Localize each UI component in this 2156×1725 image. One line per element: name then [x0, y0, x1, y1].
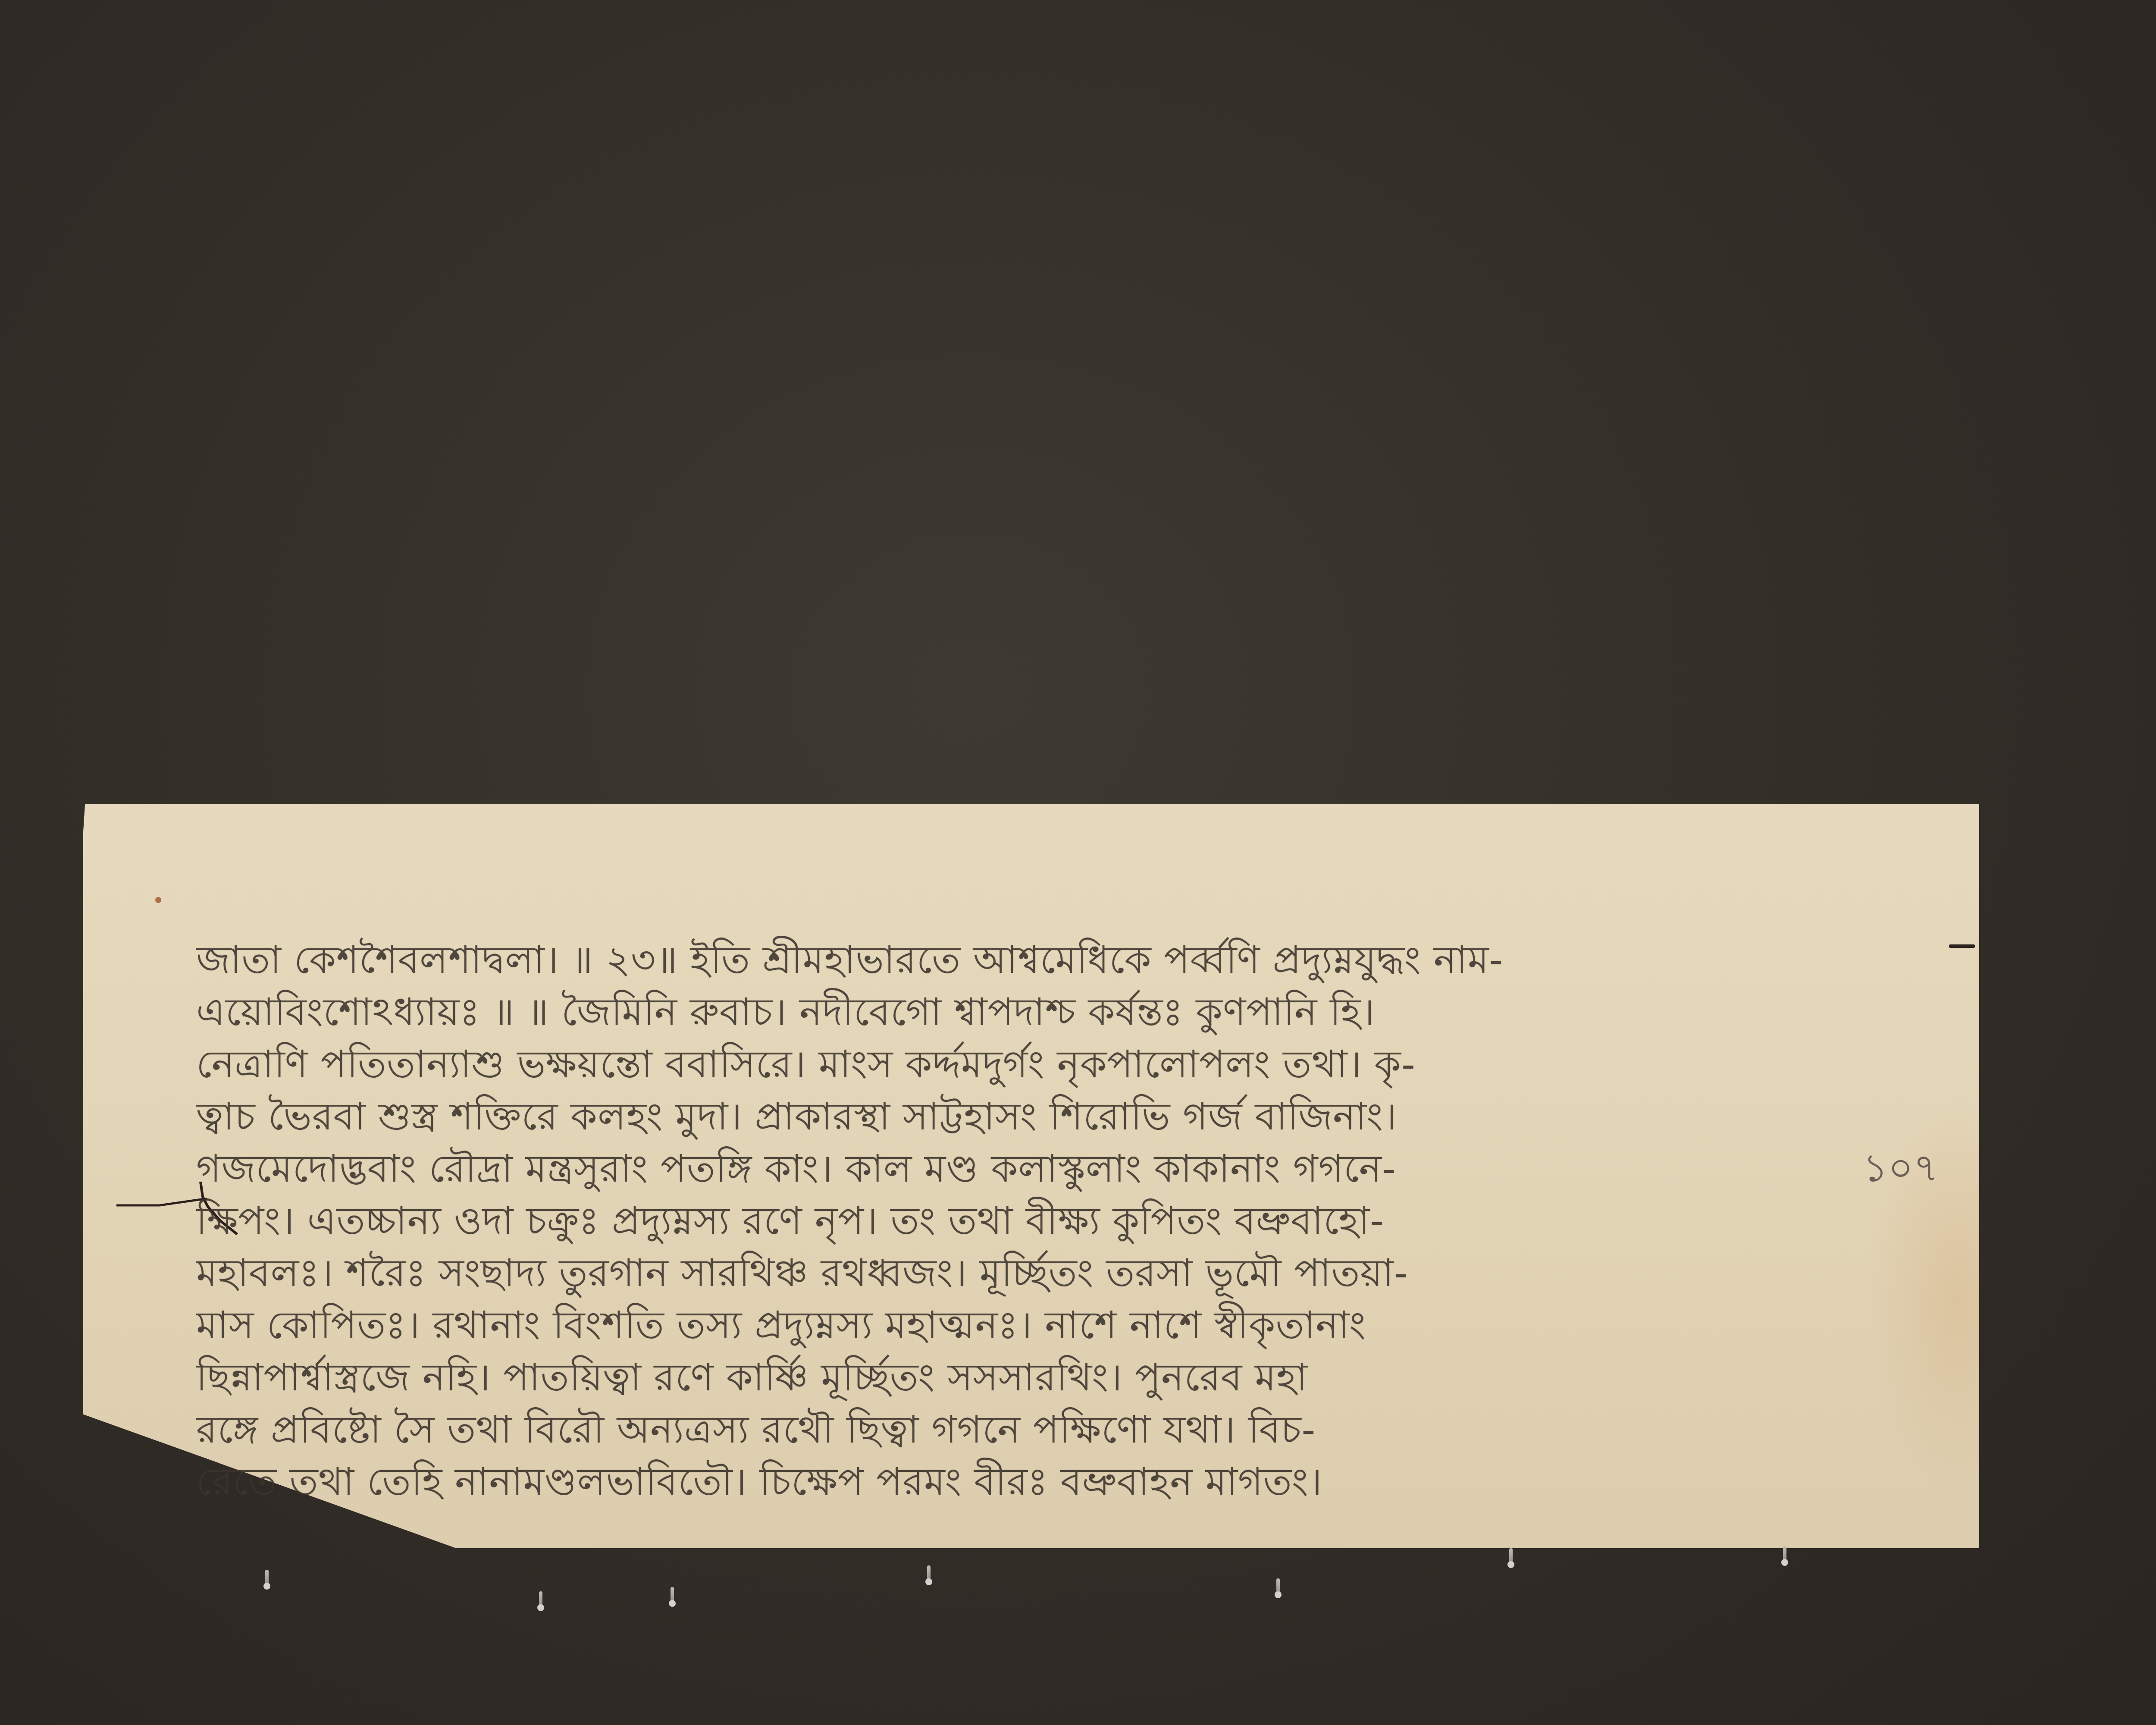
mounting-pin [1783, 1546, 1786, 1563]
mounting-pin [1276, 1578, 1280, 1596]
text-line-8: মাস কোপিতঃ। রথানাং বিংশতি তস্য প্রদ্যুম্… [196, 1299, 1887, 1351]
manuscript-text: জাতা কেশশৈবলশাদ্বলা। ॥ ২৩॥ ইতি শ্রীমহাভা… [196, 934, 1887, 1508]
text-line-2: এয়োবিংশোঽধ্যায়ঃ ॥ ॥ জৈমিনি রুবাচ। নদীব… [196, 986, 1887, 1038]
mounting-pin [671, 1587, 674, 1604]
folio-number: ১০৭ [1863, 1138, 1938, 1203]
text-line-5: গজমেদোদ্ভবাং রৌদ্রা মন্ত্রসুরাং পতঙ্গি ক… [196, 1142, 1887, 1195]
text-line-6: ক্ষিপং। এতচ্চান্য ওদা চক্রুঃ প্রদ্যুম্নস… [196, 1195, 1887, 1247]
mounting-pin [1509, 1548, 1513, 1565]
text-line-11: রেতে তথা তেহি নানামণ্ডলভাবিতৌ। চিক্ষেপ প… [196, 1455, 1887, 1508]
text-line-9: ছিন্নাপার্শ্বাস্ত্রজে নহি। পাতয়িত্বা রণ… [196, 1351, 1887, 1403]
text-line-7: মহাবলঃ। শরৈঃ সংছাদ্য তুরগান সারথিঞ্চ রথধ… [196, 1247, 1887, 1299]
mounting-pin [539, 1591, 542, 1609]
text-line-3: নেত্রাণি পতিতান্যাশু ভক্ষয়ন্তো ববাসিরে।… [196, 1038, 1887, 1090]
mounting-pin [927, 1565, 931, 1583]
margin-dash-mark [1949, 944, 1975, 948]
text-line-1: জাতা কেশশৈবলশাদ্বলা। ॥ ২৩॥ ইতি শ্রীমহাভা… [196, 934, 1887, 986]
text-line-4: ত্বাচ ভৈরবা শুস্ত্র শক্তিরে কলহং মুদা। প… [196, 1090, 1887, 1142]
rust-spot [155, 897, 161, 903]
text-line-10: রঙ্গে প্রবিষ্টো সৈ তথা বিরৌ অন্যত্রস্য র… [196, 1403, 1887, 1455]
mounting-pin [265, 1570, 269, 1587]
